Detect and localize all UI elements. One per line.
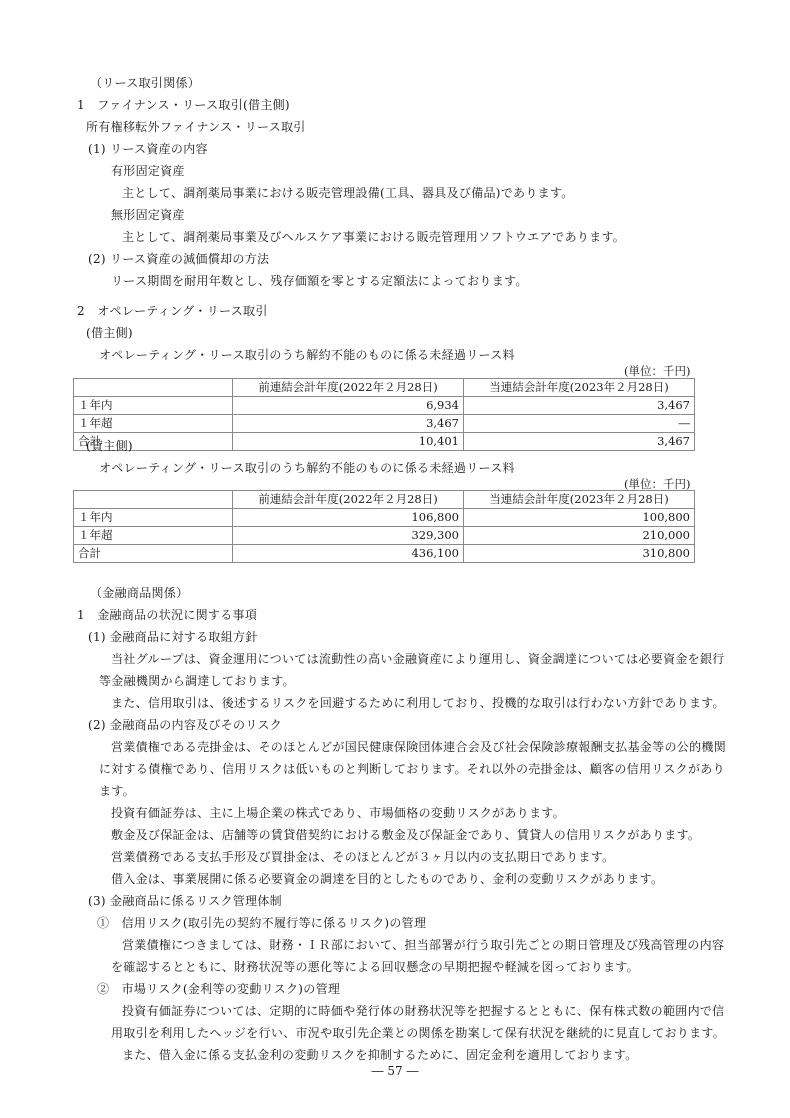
contents-para4: 営業債務である支払手形及び買掛金は、そのほとんどが３ヶ月以内の支払期日であります… [111, 849, 614, 865]
table-header-cell: 前連結会計年度(2022年２月28日) [233, 491, 464, 509]
lessee-unit-label: (単位：千円) [624, 363, 690, 379]
prev-year-value: 329,300 [233, 527, 464, 545]
contents-para2: 投資有価証券は、主に上場企業の株式であり、市場価格の変動リスクがあります。 [111, 805, 565, 821]
tangible-assets-label: 有形固定資産 [111, 163, 185, 179]
contents-para1-line2: に対する債権であり、信用リスクは低いものと判断しております。それ以外の売掛金は、… [99, 761, 725, 777]
lessee-table-caption: オペレーティング・リース取引のうち解約不能のものに係る未経過リース料 [99, 347, 515, 363]
market-risk-title: ② 市場リスク(金利等の変動リスク)の管理 [97, 981, 340, 997]
table-row-total: 合計 436,100 310,800 [74, 545, 695, 563]
row-label: 合計 [74, 545, 233, 563]
market-risk-line2: 用取引を利用したヘッジを行い、市況や取引先企業との関係を勘案して保有状況を継続的… [111, 1025, 725, 1041]
table-header-cell: 前連結会計年度(2022年２月28日) [233, 379, 464, 397]
row-label: １年内 [74, 397, 233, 415]
financial-section-title: （金融商品関係） [90, 585, 188, 601]
curr-year-value: ― [464, 415, 695, 433]
depreciation-method-text: リース期間を耐用年数とし、残存価額を零とする定額法によっております。 [111, 273, 528, 289]
market-risk-line3: また、借入金に係る支払金利の変動リスクを抑制するために、固定金利を適用しておりま… [122, 1047, 637, 1063]
financial-status-heading: 1 金融商品の状況に関する事項 [77, 607, 257, 623]
policy-para1-line2: 等金融機関から調達しております。 [99, 673, 295, 689]
contents-para1-line3: ます。 [99, 783, 135, 799]
policy-title: (1) 金融商品に対する取組方針 [88, 629, 258, 645]
risk-management-title: (3) 金融商品に係るリスク管理体制 [88, 893, 282, 909]
credit-risk-line2: を確認するとともに、財務状況等の悪化等による回収懸念の早期把握や軽減を図っており… [111, 959, 639, 975]
table-header-cell: 当連結会計年度(2023年２月28日) [464, 379, 695, 397]
tangible-assets-text: 主として、調剤薬局事業における販売管理設備(工具、器具及び備品)であります。 [122, 185, 574, 201]
prev-year-value: 106,800 [233, 509, 464, 527]
credit-risk-line1: 営業債権につきましては、財務・ＩＲ部において、担当部署が行う取引先ごとの期日管理… [122, 937, 724, 953]
policy-para2: また、信用取引は、後述するリスクを回避するために利用しており、投機的な取引は行わ… [111, 695, 725, 711]
lease-assets-title: (1) リース資産の内容 [88, 141, 208, 157]
intangible-assets-label: 無形固定資産 [111, 207, 185, 223]
row-label: １年超 [74, 415, 233, 433]
table-row: １年超 329,300 210,000 [74, 527, 695, 545]
prev-year-value: 6,934 [233, 397, 464, 415]
contents-title: (2) 金融商品の内容及びそのリスク [88, 717, 282, 733]
intangible-assets-text: 主として、調剤薬局事業及びヘルスケア事業における販売管理用ソフトウエアであります… [122, 229, 625, 245]
row-label: １年超 [74, 527, 233, 545]
curr-year-value: 3,467 [464, 433, 695, 451]
table-header-row: 前連結会計年度(2022年２月28日) 当連結会計年度(2023年２月28日) [74, 379, 695, 397]
lessor-table-caption: オペレーティング・リース取引のうち解約不能のものに係る未経過リース料 [99, 460, 515, 476]
prev-year-value: 10,401 [233, 433, 464, 451]
table-header-row: 前連結会計年度(2022年２月28日) 当連結会計年度(2023年２月28日) [74, 491, 695, 509]
table-row: １年内 6,934 3,467 [74, 397, 695, 415]
page-number: ― 57 ― [0, 1064, 790, 1078]
lessee-lease-table: 前連結会計年度(2022年２月28日) 当連結会計年度(2023年２月28日) … [73, 378, 695, 451]
prev-year-value: 436,100 [233, 545, 464, 563]
operating-lease-heading: 2 オペレーティング・リース取引 [77, 303, 268, 319]
table-row: １年超 3,467 ― [74, 415, 695, 433]
contents-para1-line1: 営業債権である売掛金は、そのほとんどが国民健康保険団体連合会及び社会保険診療報酬… [111, 739, 726, 755]
table-row: １年内 106,800 100,800 [74, 509, 695, 527]
lessee-label: (借主側) [86, 325, 133, 341]
curr-year-value: 3,467 [464, 397, 695, 415]
market-risk-line1: 投資有価証券については、定期的に時価や発行体の財務状況等を把握するとともに、保有… [122, 1003, 724, 1019]
table-row-total: 合計 10,401 3,467 [74, 433, 695, 451]
row-label: １年内 [74, 509, 233, 527]
contents-para3: 敷金及び保証金は、店舗等の賃貸借契約における敷金及び保証金であり、賃貸人の信用リ… [111, 827, 700, 843]
finance-lease-heading: 1 ファイナンス・リース取引(借主側) [77, 97, 290, 113]
policy-para1-line1: 当社グループは、資金運用については流動性の高い金融資産により運用し、資金調達につ… [111, 651, 725, 667]
table-header-cell: 当連結会計年度(2023年２月28日) [464, 491, 695, 509]
lessor-label: (貸主側) [86, 438, 133, 454]
table-header-cell [74, 379, 233, 397]
prev-year-value: 3,467 [233, 415, 464, 433]
lessor-lease-table: 前連結会計年度(2022年２月28日) 当連結会計年度(2023年２月28日) … [73, 490, 695, 563]
curr-year-value: 100,800 [464, 509, 695, 527]
table-header-cell [74, 491, 233, 509]
curr-year-value: 210,000 [464, 527, 695, 545]
credit-risk-title: ① 信用リスク(取引先の契約不履行等に係るリスク)の管理 [97, 915, 426, 931]
finance-lease-subheading: 所有権移転外ファイナンス・リース取引 [86, 119, 306, 135]
curr-year-value: 310,800 [464, 545, 695, 563]
contents-para5: 借入金は、事業展開に係る必要資金の調達を目的としたものであり、金利の変動リスクが… [111, 871, 663, 887]
lease-section-title: （リース取引関係） [90, 75, 200, 91]
depreciation-method-title: (2) リース資産の減価償却の方法 [88, 251, 269, 267]
